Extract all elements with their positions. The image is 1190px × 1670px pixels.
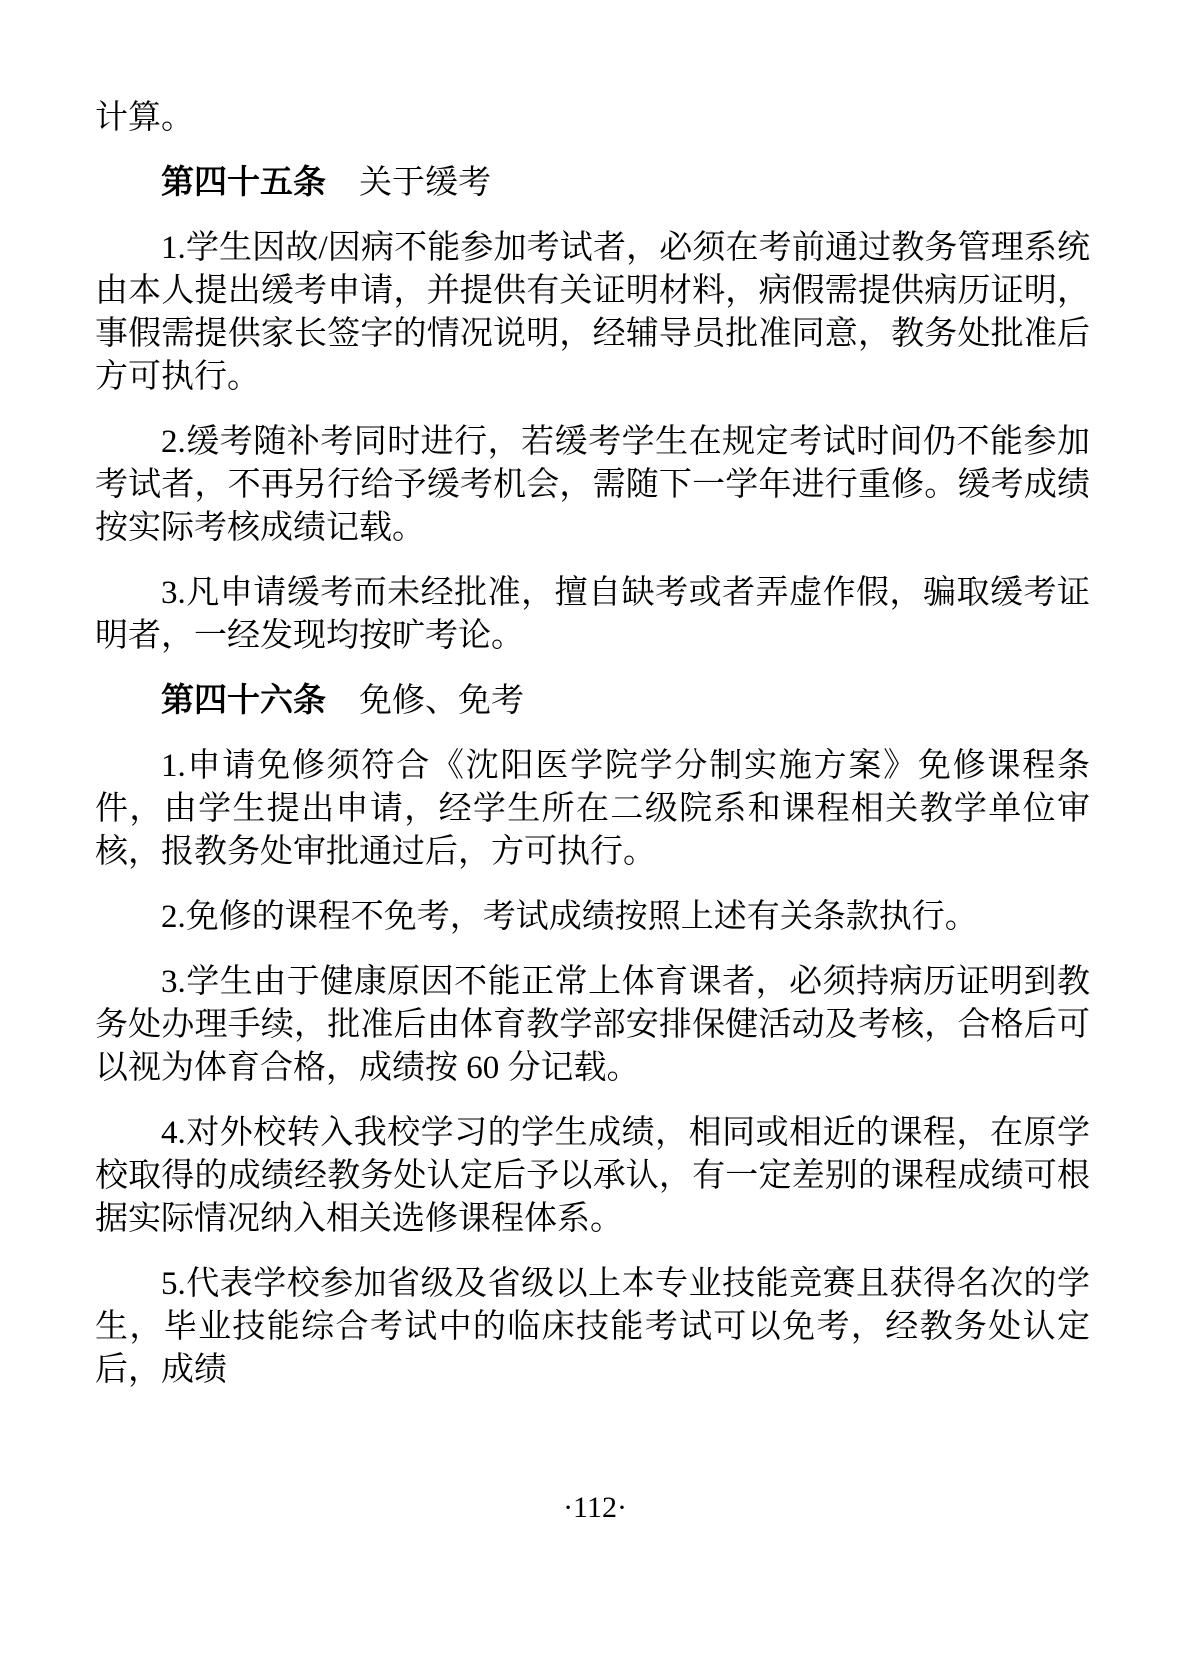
continuation-paragraph: 计算。 bbox=[95, 97, 1090, 140]
article-45-heading: 第四十五条关于缓考 bbox=[95, 162, 1090, 205]
article-45-paragraph-3: 3.凡申请缓考而未经批准，擅自缺考或者弄虚作假，骗取缓考证明者，一经发现均按旷考… bbox=[95, 572, 1090, 658]
article-46-paragraph-4: 4.对外校转入我校学习的学生成绩，相同或相近的课程，在原学校取得的成绩经教务处认… bbox=[95, 1112, 1090, 1241]
article-46-paragraph-2: 2.免修的课程不免考，考试成绩按照上述有关条款执行。 bbox=[95, 896, 1090, 939]
page-number: ·112· bbox=[0, 1491, 1190, 1525]
article-46-paragraph-3: 3.学生由于健康原因不能正常上体育课者，必须持病历证明到教务处办理手续，批准后由… bbox=[95, 961, 1090, 1090]
article-45-paragraph-1: 1.学生因故/因病不能参加考试者，必须在考前通过教务管理系统由本人提出缓考申请，… bbox=[95, 227, 1090, 399]
article-46-paragraph-5: 5.代表学校参加省级及省级以上本专业技能竞赛且获得名次的学生，毕业技能综合考试中… bbox=[95, 1263, 1090, 1392]
article-45-number: 第四十五条 bbox=[161, 165, 326, 201]
article-46-paragraph-1: 1.申请免修须符合《沈阳医学院学分制实施方案》免修课程条件，由学生提出申请，经学… bbox=[95, 745, 1090, 874]
article-46-heading: 第四十六条免修、免考 bbox=[95, 680, 1090, 723]
article-46-number: 第四十六条 bbox=[161, 683, 326, 719]
article-46-title: 免修、免考 bbox=[359, 683, 524, 719]
document-page: 计算。 第四十五条关于缓考 1.学生因故/因病不能参加考试者，必须在考前通过教务… bbox=[0, 0, 1190, 1670]
article-45-paragraph-2: 2.缓考随补考同时进行，若缓考学生在规定考试时间仍不能参加考试者，不再另行给予缓… bbox=[95, 421, 1090, 550]
article-45-title: 关于缓考 bbox=[359, 165, 491, 201]
